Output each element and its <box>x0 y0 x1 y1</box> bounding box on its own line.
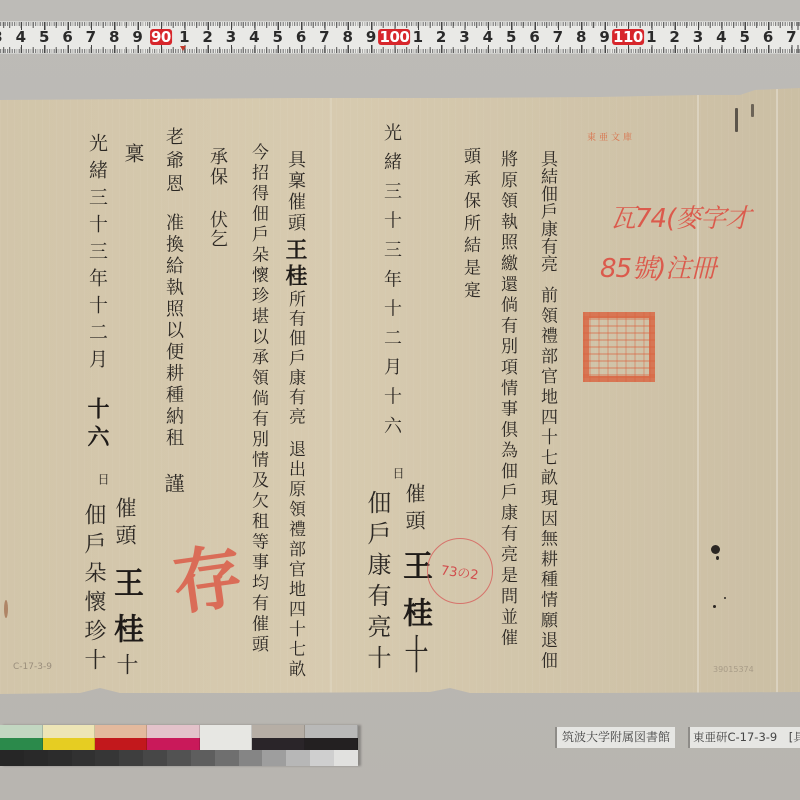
signature-name: 王桂 <box>399 550 429 644</box>
gray-patch <box>191 750 215 766</box>
gray-patch <box>167 750 191 766</box>
color-patch <box>0 725 43 738</box>
gray-patch <box>72 750 96 766</box>
text-segment: 承保 <box>208 147 226 187</box>
color-chart-saturated-row <box>0 738 358 750</box>
text-segment: 將原領執照繳還倘有別項情事俱為佃戶康有亮是問並催 <box>498 150 515 649</box>
ink-mark <box>735 108 738 132</box>
color-patch <box>43 738 95 750</box>
gray-patch <box>262 750 286 766</box>
text-segment: 謹 <box>163 473 183 493</box>
ink-spot <box>724 597 726 599</box>
catalog-label: 東亜研C-17-3-9 [具結 <box>690 727 800 748</box>
gray-patch <box>24 750 48 766</box>
color-calibration-chart <box>0 725 358 766</box>
text-segment: 具結佃戶康有亮 <box>538 150 555 273</box>
text-segment: 稟 <box>123 143 143 163</box>
library-label: 筑波大学附属図書館 <box>557 727 675 748</box>
text-segment: 所有佃戶康有亮 <box>286 290 303 427</box>
text-segment: 老爺恩 <box>164 127 182 198</box>
red-circled-number: 73の2 <box>427 538 493 604</box>
color-patch <box>200 738 252 750</box>
ink-spot <box>716 556 719 560</box>
signature-mark: 十 <box>402 633 426 674</box>
gray-patch <box>0 750 24 766</box>
color-chart-pastel-row <box>0 725 358 738</box>
text-segment: 今招得佃戶朵懷珍堪以承領倘有別情及欠租等事均有催頭 <box>249 143 266 656</box>
date-text: 光緒三十三年十二月 <box>87 133 106 376</box>
signature-mark: 十 <box>114 653 136 675</box>
circled-number-text: 73の2 <box>440 559 480 583</box>
color-patch <box>147 738 200 750</box>
gray-patch <box>334 750 358 766</box>
color-chart-grayscale-row <box>0 750 358 766</box>
red-seal-stamp <box>583 312 655 382</box>
signature-name: 王桂 <box>284 238 306 290</box>
ink-spot <box>711 545 720 554</box>
color-patch <box>305 725 358 738</box>
collection-stamp: 東亜文庫 <box>587 130 635 143</box>
manuscript-content: 東亜文庫 瓦74(麥字才 85號)注冊 具結佃戶康有亮 前領禮部官地四十七畝現因… <box>0 0 800 800</box>
color-patch <box>305 738 358 750</box>
gray-patch <box>143 750 167 766</box>
text-segment: 催頭 <box>114 497 135 551</box>
text-segment: 前領禮部官地四十七畝現因無耕種情願退佃 <box>538 286 555 672</box>
date-day-char: 日 <box>97 473 109 485</box>
color-patch <box>95 738 147 750</box>
gray-patch <box>215 750 239 766</box>
red-catalog-note-line-1: 瓦74(麥字才 <box>610 198 750 235</box>
gray-patch <box>119 750 143 766</box>
margin-id-left: C-17-3-9 <box>13 662 52 672</box>
color-patch <box>147 725 200 738</box>
color-patch <box>95 725 147 738</box>
color-patch <box>252 738 305 750</box>
text-segment: 伏乞 <box>208 210 226 248</box>
text-segment: 具稟催頭 <box>286 150 304 234</box>
date-day-char: 日 <box>392 467 404 479</box>
stain-mark <box>4 600 8 618</box>
text-segment: 佃戶康有亮十 <box>365 490 389 676</box>
red-catalog-note-line-2: 85號)注冊 <box>600 248 715 285</box>
red-brush-mark: 存 <box>165 520 248 630</box>
color-patch <box>200 725 252 738</box>
gray-patch <box>48 750 72 766</box>
text-segment: 佃戶朵懷珍十 <box>82 503 104 677</box>
text-segment: 催頭 <box>404 483 424 537</box>
ink-spot <box>713 605 716 608</box>
gray-patch <box>239 750 263 766</box>
date-text: 十六 <box>86 397 108 453</box>
gray-patch <box>310 750 334 766</box>
color-patch <box>43 725 95 738</box>
date-text: 光緒三十三年十二月十六 <box>382 123 400 445</box>
color-patch <box>252 725 305 738</box>
gray-patch <box>95 750 119 766</box>
gray-patch <box>286 750 310 766</box>
color-patch <box>0 738 43 750</box>
margin-id-right: 39015374 <box>713 665 754 674</box>
text-segment: 頭承保所結是寔 <box>461 147 478 303</box>
signature-name: 王桂 <box>110 567 140 659</box>
text-segment: 退出原領禮部官地四十七畝 <box>286 440 303 680</box>
ink-mark <box>751 104 754 117</box>
text-segment: 准換給執照以便耕種納租 <box>164 213 182 450</box>
